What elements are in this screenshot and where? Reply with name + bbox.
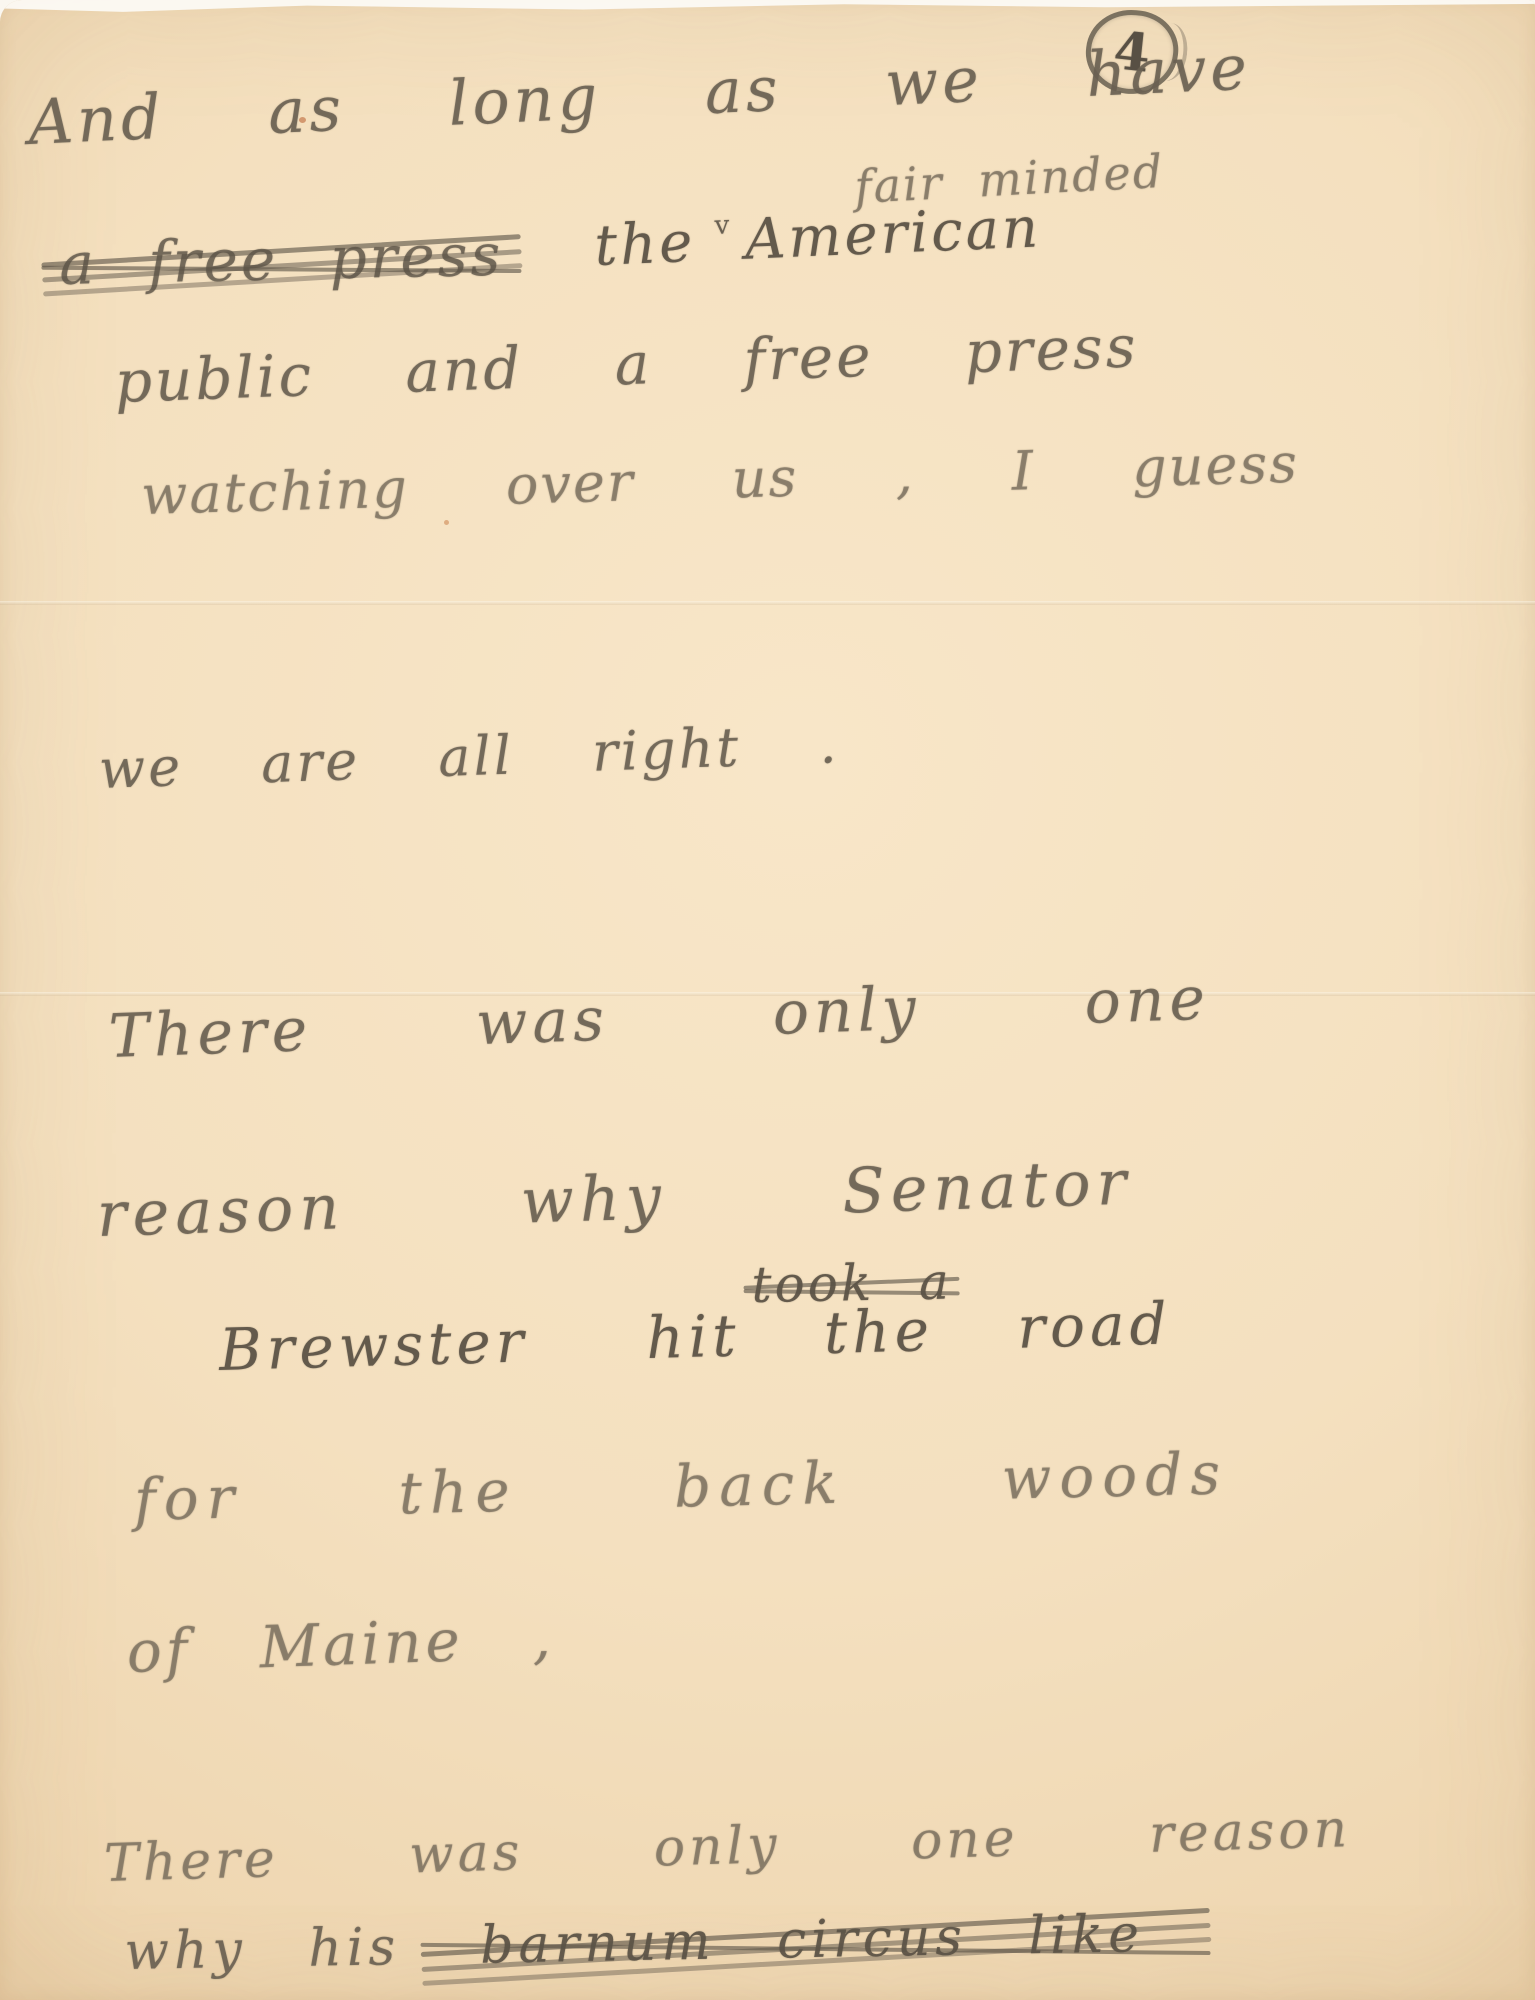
paper-crease bbox=[0, 601, 1535, 605]
handwritten-line-12: why hisbarnum circus like bbox=[124, 1904, 1145, 1982]
scan-edge bbox=[0, 0, 1535, 14]
handwritten-line-1: And as long as we have bbox=[27, 31, 1253, 159]
manuscript-page: 4 And as long as we have fair minded a f… bbox=[0, 0, 1535, 2000]
phrase-hit-the-road: hit the road bbox=[645, 1289, 1172, 1372]
handwritten-line-9: for the back woods bbox=[133, 1439, 1228, 1534]
paper-speck bbox=[444, 520, 449, 525]
word-the: the bbox=[593, 210, 696, 279]
handwritten-line-6: There was only one bbox=[108, 964, 1211, 1072]
handwritten-line-4: watching over us , I guess bbox=[140, 432, 1299, 527]
handwritten-line-2-struck: a free press bbox=[59, 221, 504, 298]
word-gap bbox=[529, 1358, 647, 1361]
handwritten-line-3: public and a free press bbox=[114, 312, 1140, 416]
handwritten-line-5: we are all right . bbox=[98, 712, 841, 801]
handwritten-line-2: thevAmerican bbox=[593, 195, 1042, 279]
handwritten-line-8: Brewsterhit the road bbox=[218, 1289, 1172, 1384]
struck-text-circus-like: barnum circus like bbox=[480, 1904, 1145, 1976]
word-gap bbox=[400, 1963, 480, 1964]
insertion-caret-mark: v bbox=[714, 210, 733, 241]
handwritten-line-10: of Maine , bbox=[126, 1603, 556, 1686]
handwritten-line-11: There was only one reason bbox=[103, 1799, 1352, 1894]
word-american: American bbox=[744, 195, 1043, 272]
struck-text-a-free-press: a free press bbox=[59, 221, 504, 298]
phrase-why-his: why his bbox=[124, 1917, 401, 1982]
word-brewster: Brewster bbox=[218, 1307, 529, 1384]
handwritten-line-7: reason why Senator bbox=[96, 1146, 1134, 1251]
